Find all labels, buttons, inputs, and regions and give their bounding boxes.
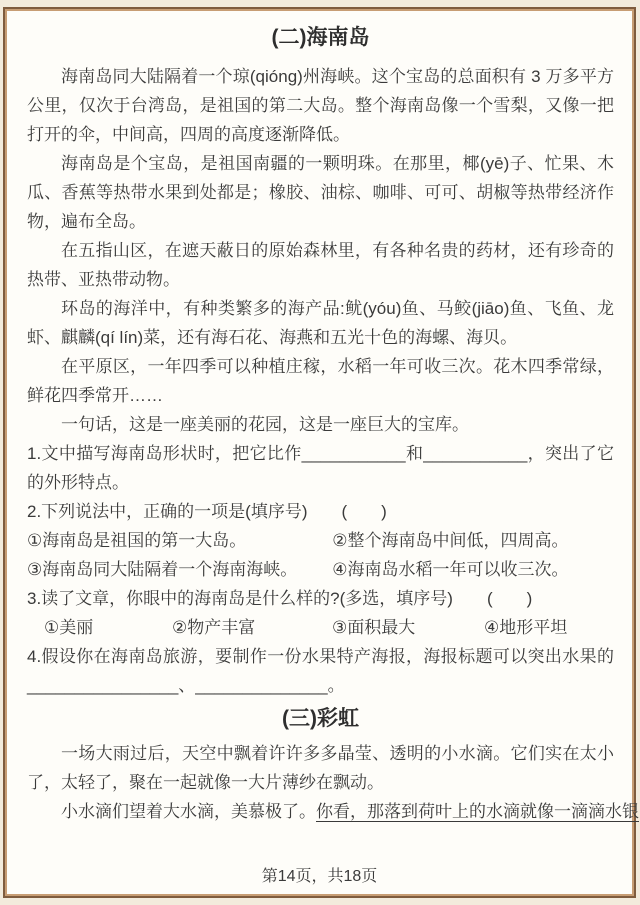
hainan-paragraph-1: 海南岛同大陆隔着一个琼(qióng)州海峡。这个宝岛的总面积有 3 万多平方公里… [27,62,614,149]
hainan-paragraph-2: 海南岛是个宝岛，是祖国南疆的一颗明珠。在那里，椰(yē)子、忙果、木瓜、香蕉等热… [27,149,614,236]
rainbow-paragraph-1: 一场大雨过后，天空中飘着许许多多晶莹、透明的小水滴。它们实在太小了，太轻了，聚在… [27,739,614,797]
question-3: 3.读了文章，你眼中的海南岛是什么样的?(多选，填序号) ( ) [27,584,614,613]
question-2-option-1: ①海南岛是祖国的第一大岛。 [27,526,332,555]
question-2-option-4: ④海南岛水稻一年可以收三次。 [332,555,614,584]
question-1: 1.文中描写海南岛形状时，把它比作___________和___________… [27,439,614,497]
question-3-option-4: ④地形平坦 [484,613,614,642]
question-2: 2.下列说法中，正确的一项是(填序号) ( ) [27,497,614,526]
section-3-title: (三)彩虹 [27,704,614,734]
hainan-paragraph-5: 在平原区，一年四季可以种植庄稼，水稻一年可收三次。花木四季常绿，鲜花四季常开…… [27,352,614,410]
hainan-paragraph-3: 在五指山区，在遮天蔽日的原始森林里，有各种名贵的药材，还有珍奇的热带、亚热带动物… [27,236,614,294]
question-2-options-row-1: ①海南岛是祖国的第一大岛。 ②整个海南岛中间低，四周高。 [27,526,614,555]
question-2-option-2: ②整个海南岛中间低，四周高。 [332,526,614,555]
hainan-paragraph-6: 一句话，这是一座美丽的花园，这是一座巨大的宝库。 [27,410,614,439]
rainbow-paragraph-2: 小水滴们望着大水滴，美慕极了。你看，那落到荷叶上的水滴就像一滴滴水银 [27,797,614,826]
page-number-footer: 第14页，共18页 [5,866,634,888]
question-2-options-row-2: ③海南岛同大陆隔着一个海南海峡。 ④海南岛水稻一年可以收三次。 [27,555,614,584]
section-2-title: (二)海南岛 [27,23,614,53]
rainbow-paragraph-2-plain-text: 小水滴们望着大水滴，美慕极了。 [61,802,316,821]
question-2-option-3: ③海南岛同大陆隔着一个海南海峡。 [27,555,332,584]
question-3-option-2: ②物产丰富 [172,613,332,642]
hainan-paragraph-4: 环岛的海洋中，有种类繁多的海产品:鱿(yóu)鱼、马鲛(jiāo)鱼、飞鱼、龙虾… [27,294,614,352]
question-4: 4.假设你在海南岛旅游，要制作一份水果特产海报，海报标题可以突出水果的_____… [27,642,614,700]
worksheet-page-frame: (二)海南岛 海南岛同大陆隔着一个琼(qióng)州海峡。这个宝岛的总面积有 3… [3,7,636,898]
question-3-option-3: ③面积最大 [332,613,484,642]
rainbow-paragraph-2-underlined-text: 你看，那落到荷叶上的水滴就像一滴滴水银 [316,802,639,821]
question-3-option-1: ①美丽 [44,613,172,642]
question-3-options-row: ①美丽 ②物产丰富 ③面积最大 ④地形平坦 [27,613,614,642]
